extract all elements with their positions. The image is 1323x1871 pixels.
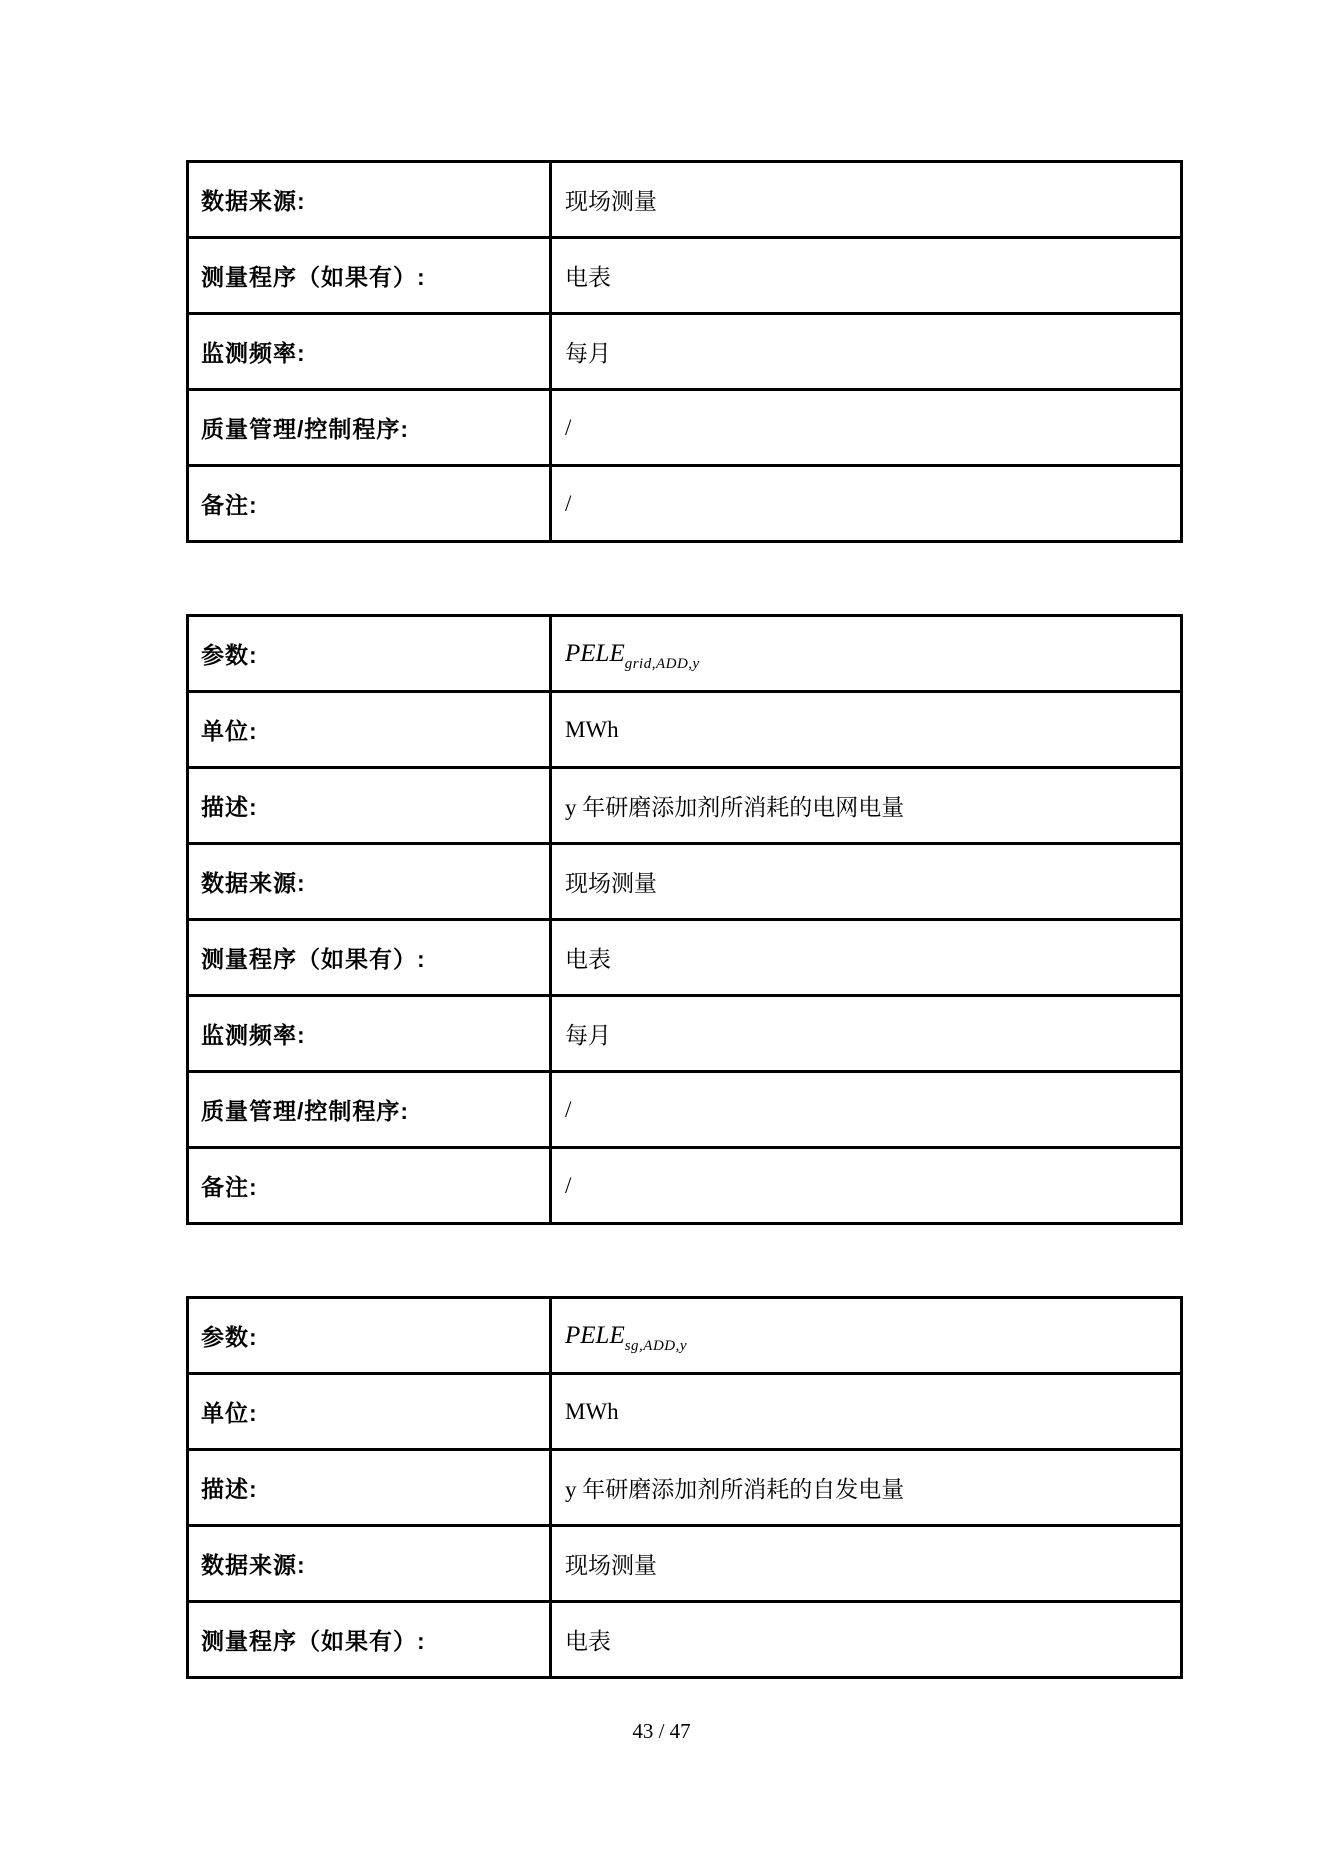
row-value: 电表 <box>551 1602 1182 1678</box>
table-row: 数据来源: 现场测量 <box>188 1526 1182 1602</box>
table-row: 单位: MWh <box>188 1374 1182 1450</box>
table-row: 描述: y 年研磨添加剂所消耗的电网电量 <box>188 768 1182 844</box>
row-label: 单位: <box>188 692 551 768</box>
parameter-table-pele-grid: 参数: PELEgrid,ADD,y 单位: MWh 描述: y 年研磨添加剂所… <box>186 614 1183 1225</box>
page-number: 43 / 47 <box>0 1719 1323 1744</box>
row-value: 每月 <box>551 996 1182 1072</box>
row-value: / <box>551 466 1182 542</box>
row-label: 测量程序（如果有）: <box>188 238 551 314</box>
parameter-symbol-subscript: sg,ADD,y <box>625 1338 687 1354</box>
row-value: 现场测量 <box>551 162 1182 238</box>
row-value: PELEsg,ADD,y <box>551 1298 1182 1374</box>
table-row: 参数: PELEsg,ADD,y <box>188 1298 1182 1374</box>
row-value: 现场测量 <box>551 1526 1182 1602</box>
parameter-symbol-subscript: grid,ADD,y <box>625 656 700 672</box>
row-value: PELEgrid,ADD,y <box>551 616 1182 692</box>
row-value: y 年研磨添加剂所消耗的电网电量 <box>551 768 1182 844</box>
table-row: 测量程序（如果有）: 电表 <box>188 238 1182 314</box>
row-label: 描述: <box>188 1450 551 1526</box>
row-label: 测量程序（如果有）: <box>188 920 551 996</box>
row-label: 数据来源: <box>188 162 551 238</box>
table-row: 测量程序（如果有）: 电表 <box>188 920 1182 996</box>
table-row: 监测频率: 每月 <box>188 996 1182 1072</box>
row-value: 每月 <box>551 314 1182 390</box>
row-value: / <box>551 1148 1182 1224</box>
parameter-table-continued: 数据来源: 现场测量 测量程序（如果有）: 电表 监测频率: 每月 质量管理/控… <box>186 160 1183 543</box>
row-value: 现场测量 <box>551 844 1182 920</box>
table-row: 质量管理/控制程序: / <box>188 390 1182 466</box>
document-page: 数据来源: 现场测量 测量程序（如果有）: 电表 监测频率: 每月 质量管理/控… <box>0 0 1323 1871</box>
row-label: 单位: <box>188 1374 551 1450</box>
parameter-symbol-main: PELE <box>565 1322 625 1349</box>
table-row: 测量程序（如果有）: 电表 <box>188 1602 1182 1678</box>
row-label: 质量管理/控制程序: <box>188 390 551 466</box>
row-label: 参数: <box>188 1298 551 1374</box>
parameter-symbol: PELEsg,ADD,y <box>565 1323 687 1348</box>
table-row: 备注: / <box>188 1148 1182 1224</box>
row-label: 监测频率: <box>188 314 551 390</box>
parameter-symbol: PELEgrid,ADD,y <box>565 641 700 666</box>
table-row: 数据来源: 现场测量 <box>188 844 1182 920</box>
table-row: 参数: PELEgrid,ADD,y <box>188 616 1182 692</box>
row-label: 备注: <box>188 1148 551 1224</box>
row-value: MWh <box>551 1374 1182 1450</box>
row-value: 电表 <box>551 238 1182 314</box>
table-row: 备注: / <box>188 466 1182 542</box>
row-label: 质量管理/控制程序: <box>188 1072 551 1148</box>
row-label: 参数: <box>188 616 551 692</box>
row-value: MWh <box>551 692 1182 768</box>
table-row: 质量管理/控制程序: / <box>188 1072 1182 1148</box>
parameter-table-pele-sg: 参数: PELEsg,ADD,y 单位: MWh 描述: y 年研磨添加剂所消耗… <box>186 1296 1183 1679</box>
table-row: 数据来源: 现场测量 <box>188 162 1182 238</box>
row-value: / <box>551 1072 1182 1148</box>
row-value: y 年研磨添加剂所消耗的自发电量 <box>551 1450 1182 1526</box>
row-label: 描述: <box>188 768 551 844</box>
row-label: 数据来源: <box>188 844 551 920</box>
parameter-symbol-main: PELE <box>565 640 625 667</box>
row-label: 备注: <box>188 466 551 542</box>
table-row: 描述: y 年研磨添加剂所消耗的自发电量 <box>188 1450 1182 1526</box>
row-value: / <box>551 390 1182 466</box>
row-value: 电表 <box>551 920 1182 996</box>
row-label: 监测频率: <box>188 996 551 1072</box>
row-label: 测量程序（如果有）: <box>188 1602 551 1678</box>
table-row: 监测频率: 每月 <box>188 314 1182 390</box>
row-label: 数据来源: <box>188 1526 551 1602</box>
table-row: 单位: MWh <box>188 692 1182 768</box>
